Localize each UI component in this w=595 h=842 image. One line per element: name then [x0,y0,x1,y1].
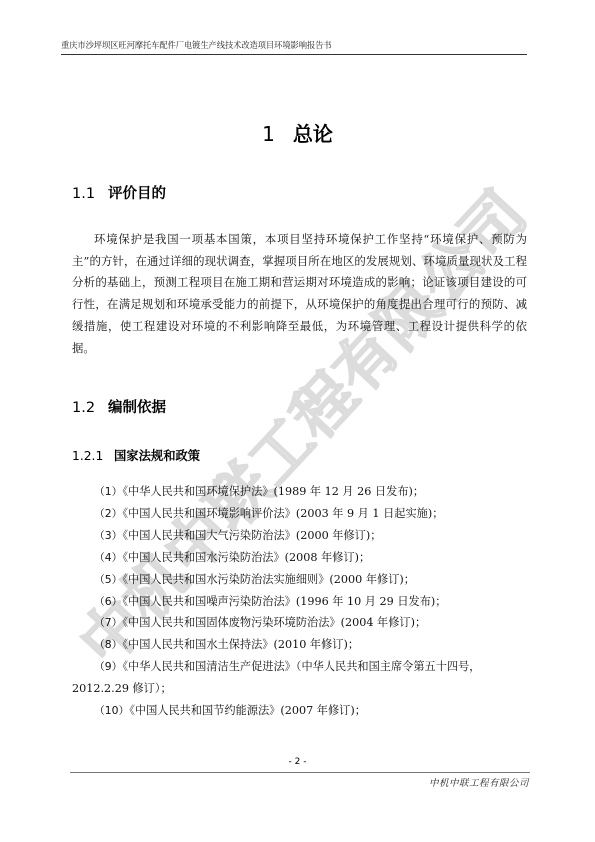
section-heading-1-1: 1.1评价目的 [72,182,166,203]
list-item: （8）《中国人民共和国水土保持法》(2010 年修订)； [72,634,527,656]
list-item: （7）《中国人民共和国固体废物污染环境防治法》(2004 年修订)； [72,612,527,634]
list-item: （6）《中国人民共和国噪声污染防治法》(1996 年 10 月 29 日发布)； [72,591,527,613]
section-title: 编制依据 [108,400,166,416]
section-number: 1.1 [72,186,108,202]
chapter-number: 1 [262,122,275,146]
list-item: （4）《中国人民共和国水污染防治法》(2008 年修订)； [72,547,527,569]
chapter-title-text: 总论 [293,122,333,146]
list-item: （3）《中国人民共和国大气污染防治法》(2000 年修订)； [72,525,527,547]
subsection-heading-1-2-1: 1.2.1国家法规和政策 [72,446,200,464]
subsection-title: 国家法规和政策 [114,449,200,463]
list-item: （2）《中国人民共和国环境影响评价法》(2003 年 9 月 1 日起实施)； [72,503,527,525]
list-item: （1）《中华人民共和国环境保护法》(1989 年 12 月 26 日发布)； [72,481,527,503]
section-title: 评价目的 [108,186,166,202]
section-heading-1-2: 1.2编制依据 [72,396,166,417]
document-page: 重庆市沙坪坝区旺河摩托车配件厂电镀生产线技术改造项目环境影响报告书 中机中联工程… [0,0,595,842]
list-item: （5）《中国人民共和国水污染防治法实施细则》(2000 年修订)； [72,569,527,591]
chapter-title: 1总论 [0,118,595,147]
subsection-number: 1.2.1 [72,449,114,463]
page-content: 1总论 1.1评价目的 环境保护是我国一项基本国策，本项目坚持环境保护工作坚持“… [0,0,595,842]
evaluation-purpose-paragraph: 环境保护是我国一项基本国策，本项目坚持环境保护工作坚持“环境保护、预防为主”的方… [72,229,527,359]
list-item: （10）《中国人民共和国节约能源法》(2007 年修订)； [72,700,527,722]
section-number: 1.2 [72,400,108,416]
regulations-list: （1）《中华人民共和国环境保护法》(1989 年 12 月 26 日发布)； （… [72,481,527,722]
list-item: （9）《中华人民共和国清洁生产促进法》（中华人民共和国主席令第五十四号，2012… [72,656,527,700]
